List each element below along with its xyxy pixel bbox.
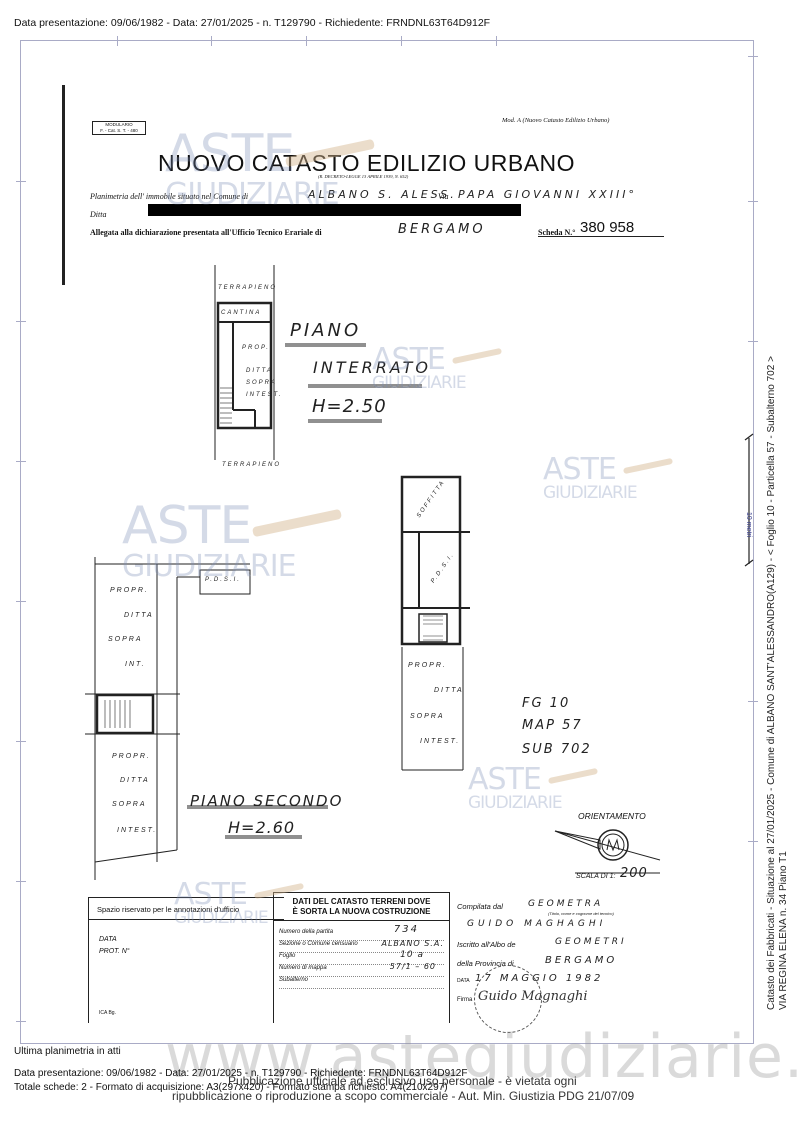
watermark-notice-2: ripubblicazione o riproduzione a scopo c… — [172, 1089, 634, 1103]
compiler-hint: (Titolo, nome e cognome del tecnico) — [548, 911, 614, 916]
label-terrapieno-top: TERRAPIENO — [218, 285, 277, 291]
label-intest-2: INTEST. — [117, 827, 157, 834]
office-data-label: DATA — [99, 936, 117, 943]
compilata-label: Compilata dal — [457, 902, 503, 911]
label-sopra-3: SOPRA — [410, 713, 445, 720]
label-sopra-1: SOPRA — [108, 636, 143, 643]
watermark-logo: ASTE GIUDIZIARIE — [122, 500, 296, 582]
label-terrapieno-bottom: TERRAPIENO — [222, 462, 281, 468]
label-propr-2: PROPR. — [112, 753, 151, 760]
albo-value: GEOMETRI — [555, 937, 627, 947]
scale-label: SCALA DI 1: — [576, 873, 615, 880]
label-int: INT. — [125, 661, 146, 668]
office-prot-label: PROT. N° — [99, 948, 130, 955]
data-label: DATA — [457, 978, 470, 984]
albo-label: Iscritto all'Albo de — [457, 940, 516, 949]
watermark-notice-1: Pubblicazione ufficiale ad esclusivo uso… — [228, 1074, 577, 1088]
side-text-address: VIA REGINA ELENA n. 34 Piano T1 — [778, 851, 789, 1010]
watermark-logo: ASTE GIUDIZIARIE — [165, 128, 339, 210]
watermark-logo: ASTE GIUDIZIARIE — [543, 455, 637, 502]
footer-ultima: Ultima planimetria in atti — [14, 1046, 121, 1057]
side-text-catasto: Catasto dei Fabbricati - Situazione al 2… — [766, 356, 777, 1010]
scale-value: 200 — [620, 866, 648, 881]
interrato-height: H=2.50 — [312, 396, 387, 417]
land-box-rows: Numero della partita 734 Sezione o Comun… — [279, 929, 444, 989]
secondo-height: H=2.60 — [228, 818, 295, 837]
watermark-logo: ASTE GIUDIZIARIE — [372, 345, 466, 392]
land-box-title-2: È SORTA LA NUOVA COSTRUZIONE — [274, 907, 449, 917]
label-ditta-2: DITTA — [120, 777, 150, 784]
provincia-value: BERGAMO — [545, 955, 617, 966]
label-ditta-1: DITTA — [124, 612, 154, 619]
annotation-sub: SUB 702 — [522, 742, 592, 757]
scale-bar-label: 10 metri — [745, 512, 752, 537]
watermark-logo: ASTE GIUDIZIARIE — [174, 880, 268, 927]
label-ditta: DITTA — [246, 368, 273, 374]
firma-label: Firma — [457, 997, 472, 1003]
label-intest-3: INTEST. — [420, 738, 460, 745]
label-propr-1: PROPR. — [110, 587, 149, 594]
land-registry-box: DATI DEL CATASTO TERRENI DOVE È SORTA LA… — [273, 892, 450, 1023]
label-prop: PROP. — [242, 345, 270, 351]
land-row: Subalterno — [279, 977, 444, 989]
annotation-fg: FG 10 — [522, 696, 570, 711]
label-ditta-3: DITTA — [434, 687, 464, 694]
compiler-title: GEOMETRA — [528, 899, 603, 909]
compiler-name: GUIDO MAGHAGHI — [467, 919, 606, 929]
label-propr-3: PROPR. — [408, 662, 447, 669]
interrato-title: PIANO — [290, 320, 361, 341]
label-intest: INTEST. — [246, 392, 282, 398]
label-cantina: CANTINA — [221, 310, 261, 316]
land-box-title-1: DATI DEL CATASTO TERRENI DOVE — [274, 897, 449, 907]
office-footer: ICA Bg. — [99, 1010, 116, 1016]
label-sopra: SOPRA — [246, 380, 277, 386]
land-row: Numero di mappa 57/1 – 60 — [279, 965, 444, 977]
watermark-logo: ASTE GIUDIZIARIE — [468, 765, 562, 812]
secondo-title: PIANO SECONDO — [190, 792, 343, 810]
label-sopra-2: SOPRA — [112, 801, 147, 808]
orientation-label: ORIENTAMENTO — [578, 811, 646, 821]
annotation-map: MAP 57 — [522, 718, 583, 733]
